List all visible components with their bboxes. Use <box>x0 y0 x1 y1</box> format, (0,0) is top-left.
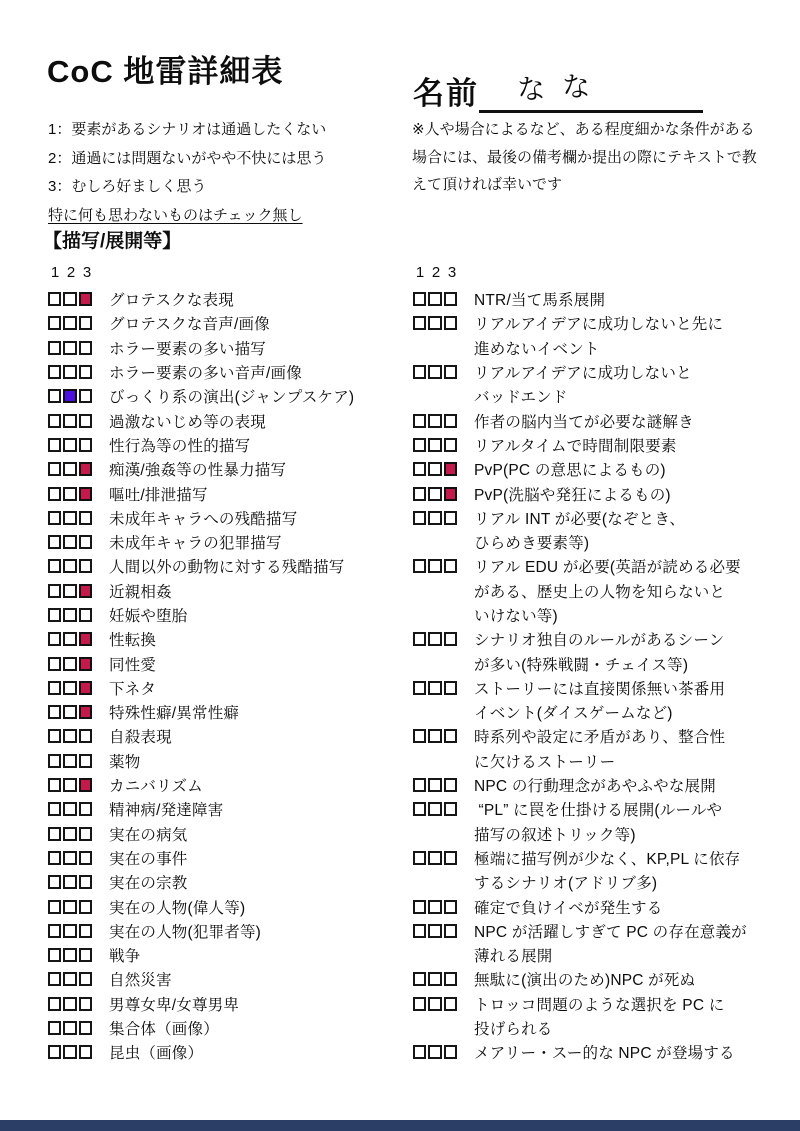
checklist-row: ホラー要素の多い描写 <box>48 336 408 360</box>
checkbox-group <box>48 389 94 403</box>
checkbox-group <box>48 729 94 743</box>
checkbox-2[interactable] <box>63 875 76 889</box>
checkbox-group <box>48 632 94 646</box>
checkbox-1[interactable] <box>48 341 61 355</box>
item-label: シナリオ独自のルールがあるシーン <box>474 628 724 650</box>
scale-header-left: 1 2 3 <box>48 264 96 281</box>
checkbox-2[interactable] <box>63 341 76 355</box>
item-label: 実在の宗教 <box>109 871 188 893</box>
checkbox-2[interactable] <box>63 316 76 330</box>
checkbox-3[interactable] <box>444 972 457 986</box>
checklist-row: 同性愛 <box>48 651 408 675</box>
note-line-3: えて頂ければ幸いです <box>412 171 757 199</box>
item-label: 近親相姦 <box>109 580 172 602</box>
checkbox-1[interactable] <box>413 292 426 306</box>
checkbox-1[interactable] <box>48 851 61 865</box>
checkbox-3[interactable] <box>79 948 92 962</box>
checkbox-2[interactable] <box>63 608 76 622</box>
item-label-continuation: ひらめき要素等) <box>474 531 589 553</box>
checkbox-2[interactable] <box>63 462 76 476</box>
checkbox-1[interactable] <box>413 1045 426 1059</box>
item-label: PvP(洗脳や発狂によるもの) <box>474 483 671 505</box>
checkbox-2[interactable] <box>428 1045 441 1059</box>
checkbox-1[interactable] <box>413 438 426 452</box>
checkbox-3[interactable] <box>444 632 457 646</box>
checkbox-group <box>48 681 94 695</box>
checkbox-3[interactable] <box>79 487 92 501</box>
checkbox-3[interactable] <box>79 778 92 792</box>
checkbox-3[interactable] <box>444 900 457 914</box>
checkbox-group <box>413 462 459 476</box>
item-label-continuation: がある、歴史上の人物を知らないと <box>474 580 725 602</box>
checkbox-group <box>48 802 94 816</box>
checklist-row: イベント(ダイスゲームなど) <box>413 700 798 724</box>
checkbox-1[interactable] <box>48 535 61 549</box>
checkbox-1[interactable] <box>48 948 61 962</box>
checkbox-2[interactable] <box>63 584 76 598</box>
checkbox-3[interactable] <box>79 535 92 549</box>
checkbox-2[interactable] <box>63 487 76 501</box>
checkbox-3[interactable] <box>79 462 92 476</box>
item-label-continuation: 薄れる展開 <box>474 944 553 966</box>
checkbox-2[interactable] <box>428 924 441 938</box>
item-label: 無駄に(演出のため)NPC が死ぬ <box>474 968 695 990</box>
checkbox-3[interactable] <box>79 559 92 573</box>
checkbox-1[interactable] <box>48 414 61 428</box>
item-label: 薬物 <box>109 750 140 772</box>
checkbox-3[interactable] <box>79 414 92 428</box>
checklist-column-left: グロテスクな表現グロテスクな音声/画像ホラー要素の多い描写ホラー要素の多い音声/… <box>48 287 408 1065</box>
checkbox-2[interactable] <box>63 657 76 671</box>
checkbox-group <box>413 802 459 816</box>
conditions-note: ※人や場合によるなど、ある程度細かな条件がある 場合には、最後の備考欄か提出の際… <box>412 116 757 199</box>
checkbox-1[interactable] <box>48 438 61 452</box>
item-label: 実在の事件 <box>109 847 188 869</box>
checkbox-1[interactable] <box>48 754 61 768</box>
checklist-row: 昆虫（画像） <box>48 1040 408 1064</box>
checkbox-1[interactable] <box>413 778 426 792</box>
checkbox-3[interactable] <box>79 900 92 914</box>
checklist-row: するシナリオ(アドリブ多) <box>413 870 798 894</box>
legend-line-2: 2：通過には問題ないがやや不快には思う <box>48 145 326 174</box>
checklist-row: 人間以外の動物に対する残酷描写 <box>48 554 408 578</box>
checklist-row: NPC が活躍しすぎて PC の存在意義が <box>413 919 798 943</box>
checkbox-group <box>48 292 94 306</box>
checkbox-group <box>48 1021 94 1035</box>
checkbox-2[interactable] <box>63 729 76 743</box>
checkbox-2[interactable] <box>428 778 441 792</box>
checkbox-group <box>48 948 94 962</box>
checklist-row: 実在の人物(偉人等) <box>48 894 408 918</box>
checkbox-3[interactable] <box>79 389 92 403</box>
checkbox-2[interactable] <box>428 414 441 428</box>
checkbox-group <box>48 827 94 841</box>
checkbox-1[interactable] <box>48 681 61 695</box>
item-label: びっくり系の演出(ジャンプスケア) <box>109 385 354 407</box>
item-label-continuation: 投げられる <box>474 1017 553 1039</box>
checkbox-2[interactable] <box>428 729 441 743</box>
checkbox-group <box>413 487 459 501</box>
checkbox-2[interactable] <box>63 948 76 962</box>
checkbox-3[interactable] <box>444 438 457 452</box>
checkbox-1[interactable] <box>48 316 61 330</box>
checkbox-2[interactable] <box>63 924 76 938</box>
checklist-row: 実在の宗教 <box>48 870 408 894</box>
checkbox-2[interactable] <box>63 900 76 914</box>
checkbox-3[interactable] <box>444 511 457 525</box>
checkbox-group <box>413 316 459 330</box>
checklist-row: PvP(PC の意思によるもの) <box>413 457 798 481</box>
legend-line-3: 3：むしろ好ましく思う <box>48 173 326 202</box>
checkbox-2[interactable] <box>63 681 76 695</box>
checkbox-3[interactable] <box>444 316 457 330</box>
checkbox-3[interactable] <box>79 681 92 695</box>
checkbox-3[interactable] <box>79 802 92 816</box>
item-label-continuation: バッドエンド <box>474 385 568 407</box>
checkbox-3[interactable] <box>79 1045 92 1059</box>
item-label: リアルアイデアに成功しないと先に <box>474 312 723 334</box>
item-label: 人間以外の動物に対する残酷描写 <box>109 555 345 577</box>
item-label: グロテスクな表現 <box>109 288 234 310</box>
checkbox-group <box>48 365 94 379</box>
checkbox-2[interactable] <box>63 511 76 525</box>
checklist-row: 薬物 <box>48 749 408 773</box>
checkbox-3[interactable] <box>444 729 457 743</box>
checklist-row: 性転換 <box>48 627 408 651</box>
checkbox-1[interactable] <box>413 414 426 428</box>
checkbox-3[interactable] <box>444 851 457 865</box>
item-label: 時系列や設定に矛盾があり、整合性 <box>474 725 725 747</box>
checkbox-2[interactable] <box>63 1021 76 1035</box>
checklist-row: 未成年キャラの犯罪描写 <box>48 530 408 554</box>
checkbox-group <box>48 584 94 598</box>
item-label: リアル EDU が必要(英語が読める必要 <box>474 555 741 577</box>
checkbox-group <box>413 729 459 743</box>
checkbox-1[interactable] <box>48 997 61 1011</box>
checkbox-2[interactable] <box>428 851 441 865</box>
item-label: 精神病/発達障害 <box>109 798 223 820</box>
checkbox-1[interactable] <box>48 1045 61 1059</box>
checkbox-2[interactable] <box>428 365 441 379</box>
checkbox-3[interactable] <box>79 875 92 889</box>
checkbox-2[interactable] <box>63 997 76 1011</box>
checklist-row: 特殊性癖/異常性癖 <box>48 700 408 724</box>
checkbox-3[interactable] <box>79 657 92 671</box>
checkbox-3[interactable] <box>79 705 92 719</box>
item-label: 過激ないじめ等の表現 <box>109 410 266 432</box>
checklist-row: リアル INT が必要(なぞとき、 <box>413 506 798 530</box>
checkbox-group <box>48 608 94 622</box>
section-title: 【描写/展開等】 <box>43 226 181 253</box>
name-input-line[interactable]: なな <box>479 64 703 113</box>
checkbox-3[interactable] <box>79 341 92 355</box>
checkbox-group <box>413 972 459 986</box>
note-line-1: ※人や場合によるなど、ある程度細かな条件がある <box>412 116 757 144</box>
checklist-row: 痴漢/強姦等の性暴力描写 <box>48 457 408 481</box>
checkbox-2[interactable] <box>428 632 441 646</box>
checklist-row: 性行為等の性的描写 <box>48 433 408 457</box>
checklist-row: 自然災害 <box>48 967 408 991</box>
item-label: 嘔吐/排泄描写 <box>109 483 208 505</box>
checklist-row: 時系列や設定に矛盾があり、整合性 <box>413 724 798 748</box>
checklist-row: PvP(洗脳や発狂によるもの) <box>413 481 798 505</box>
checkbox-group <box>413 681 459 695</box>
item-label: 痴漢/強姦等の性暴力描写 <box>109 458 286 480</box>
item-label: リアルアイデアに成功しないと <box>474 361 692 383</box>
checkbox-2[interactable] <box>63 827 76 841</box>
checkbox-2[interactable] <box>63 365 76 379</box>
checkbox-1[interactable] <box>48 900 61 914</box>
checkbox-1[interactable] <box>48 559 61 573</box>
checkbox-2[interactable] <box>63 438 76 452</box>
checkbox-1[interactable] <box>48 292 61 306</box>
item-label-continuation: 進めないイベント <box>474 337 600 359</box>
checkbox-3[interactable] <box>444 997 457 1011</box>
checkbox-2[interactable] <box>428 997 441 1011</box>
item-label: ストーリーには直接関係無い茶番用 <box>474 677 725 699</box>
item-label: グロテスクな音声/画像 <box>109 312 270 334</box>
checklist-row: リアル EDU が必要(英語が読める必要 <box>413 554 798 578</box>
checkbox-group <box>48 414 94 428</box>
checklist-row: 描写の叙述トリック等) <box>413 822 798 846</box>
checkbox-group <box>48 438 94 452</box>
item-label: 作者の脳内当てが必要な謎解き <box>474 410 694 432</box>
checkbox-2[interactable] <box>428 487 441 501</box>
checkbox-2[interactable] <box>428 462 441 476</box>
checkbox-1[interactable] <box>48 657 61 671</box>
checkbox-3[interactable] <box>444 924 457 938</box>
checkbox-1[interactable] <box>413 462 426 476</box>
checkbox-group <box>413 997 459 1011</box>
checkbox-2[interactable] <box>428 681 441 695</box>
checklist-row: ひらめき要素等) <box>413 530 798 554</box>
checkbox-3[interactable] <box>79 729 92 743</box>
checkbox-group <box>48 900 94 914</box>
checkbox-2[interactable] <box>428 900 441 914</box>
checkbox-2[interactable] <box>428 316 441 330</box>
item-label-continuation: イベント(ダイスゲームなど) <box>474 701 673 723</box>
checkbox-3[interactable] <box>79 365 92 379</box>
checkbox-1[interactable] <box>413 997 426 1011</box>
checkbox-3[interactable] <box>444 292 457 306</box>
checkbox-group <box>48 657 94 671</box>
item-label: 昆虫（画像） <box>109 1041 203 1063</box>
checkbox-group <box>413 778 459 792</box>
checkbox-3[interactable] <box>79 511 92 525</box>
item-label: 性転換 <box>109 628 156 650</box>
checkbox-1[interactable] <box>413 681 426 695</box>
checkbox-3[interactable] <box>79 827 92 841</box>
checkbox-1[interactable] <box>48 584 61 598</box>
checkbox-group <box>48 997 94 1011</box>
checkbox-group <box>413 632 459 646</box>
scale-digit-1: 1 <box>413 264 427 281</box>
item-label-continuation: が多い(特殊戦闘・チェイス等) <box>474 653 688 675</box>
checkbox-1[interactable] <box>48 608 61 622</box>
item-label: 特殊性癖/異常性癖 <box>109 701 239 723</box>
item-label: ホラー要素の多い音声/画像 <box>109 361 302 383</box>
checkbox-1[interactable] <box>413 972 426 986</box>
checkbox-1[interactable] <box>413 511 426 525</box>
checklist-row: メアリー・スー的な NPC が登場する <box>413 1040 798 1064</box>
checklist-row: 確定で負けイベが発生する <box>413 894 798 918</box>
checkbox-1[interactable] <box>413 924 426 938</box>
checkbox-3[interactable] <box>444 559 457 573</box>
checklist-row: 作者の脳内当てが必要な謎解き <box>413 408 798 432</box>
checkbox-2[interactable] <box>63 389 76 403</box>
checklist-row: 過激ないじめ等の表現 <box>48 408 408 432</box>
checkbox-3[interactable] <box>79 972 92 986</box>
checkbox-3[interactable] <box>79 924 92 938</box>
checkbox-2[interactable] <box>63 414 76 428</box>
checklist-row: 精神病/発達障害 <box>48 797 408 821</box>
checkbox-3[interactable] <box>444 462 457 476</box>
checklist-row: リアルタイムで時間制限要素 <box>413 433 798 457</box>
checkbox-1[interactable] <box>48 802 61 816</box>
item-label: リアル INT が必要(なぞとき、 <box>474 507 685 529</box>
checklist-row: ホラー要素の多い音声/画像 <box>48 360 408 384</box>
checkbox-2[interactable] <box>63 1045 76 1059</box>
checklist-row: シナリオ独自のルールがあるシーン <box>413 627 798 651</box>
checklist-row: 男尊女卑/女尊男卑 <box>48 992 408 1016</box>
checkbox-1[interactable] <box>413 487 426 501</box>
checkbox-2[interactable] <box>63 632 76 646</box>
item-label: NTR/当て馬系展開 <box>474 288 605 310</box>
checkbox-group <box>413 559 459 573</box>
checkbox-2[interactable] <box>63 972 76 986</box>
checkbox-1[interactable] <box>48 778 61 792</box>
checkbox-3[interactable] <box>79 997 92 1011</box>
item-label-continuation: するシナリオ(アドリブ多) <box>474 871 657 893</box>
checkbox-2[interactable] <box>428 559 441 573</box>
checkbox-2[interactable] <box>63 535 76 549</box>
checkbox-2[interactable] <box>63 851 76 865</box>
item-label: トロッコ問題のような選択を PC に <box>474 993 724 1015</box>
checkbox-3[interactable] <box>79 608 92 622</box>
checkbox-group <box>413 365 459 379</box>
checkbox-3[interactable] <box>79 851 92 865</box>
checkbox-3[interactable] <box>79 1021 92 1035</box>
item-label: ホラー要素の多い描写 <box>109 337 266 359</box>
checkbox-2[interactable] <box>428 972 441 986</box>
checkbox-1[interactable] <box>48 875 61 889</box>
checkbox-1[interactable] <box>48 827 61 841</box>
item-label: 性行為等の性的描写 <box>109 434 250 456</box>
checkbox-1[interactable] <box>48 389 61 403</box>
checkbox-1[interactable] <box>48 1021 61 1035</box>
checkbox-3[interactable] <box>444 487 457 501</box>
checklist-row: 投げられる <box>413 1016 798 1040</box>
checklist-row: 実在の人物(犯罪者等) <box>48 919 408 943</box>
checkbox-group <box>413 414 459 428</box>
checkbox-1[interactable] <box>413 559 426 573</box>
checkbox-2[interactable] <box>428 438 441 452</box>
checkbox-1[interactable] <box>413 632 426 646</box>
checkbox-1[interactable] <box>48 924 61 938</box>
checklist-row: がある、歴史上の人物を知らないと <box>413 579 798 603</box>
checkbox-1[interactable] <box>48 972 61 986</box>
checkbox-3[interactable] <box>79 584 92 598</box>
checkbox-3[interactable] <box>79 316 92 330</box>
checklist-row: グロテスクな音声/画像 <box>48 311 408 335</box>
checkbox-3[interactable] <box>444 802 457 816</box>
checkbox-1[interactable] <box>413 851 426 865</box>
checkbox-group <box>413 924 459 938</box>
item-label: リアルタイムで時間制限要素 <box>474 434 677 456</box>
checklist-row: 極端に描写例が少なく、KP,PL に依存 <box>413 846 798 870</box>
checkbox-2[interactable] <box>428 292 441 306</box>
checkbox-3[interactable] <box>444 365 457 379</box>
checklist-row: 近親相姦 <box>48 579 408 603</box>
checkbox-group <box>48 462 94 476</box>
checkbox-2[interactable] <box>63 292 76 306</box>
checkbox-1[interactable] <box>48 462 61 476</box>
checkbox-3[interactable] <box>444 778 457 792</box>
checkbox-1[interactable] <box>413 365 426 379</box>
checkbox-1[interactable] <box>48 729 61 743</box>
checkbox-2[interactable] <box>63 802 76 816</box>
checkbox-1[interactable] <box>48 365 61 379</box>
item-label: メアリー・スー的な NPC が登場する <box>474 1041 735 1063</box>
item-label: “PL” に罠を仕掛ける展開(ルールや <box>474 798 722 820</box>
checkbox-1[interactable] <box>48 705 61 719</box>
checkbox-group <box>48 705 94 719</box>
name-field: 名前 なな <box>413 64 703 113</box>
checkbox-2[interactable] <box>63 754 76 768</box>
checkbox-3[interactable] <box>444 1045 457 1059</box>
scale-digit-2: 2 <box>429 264 443 281</box>
item-label: 未成年キャラへの残酷描写 <box>109 507 297 529</box>
checkbox-3[interactable] <box>79 292 92 306</box>
checkbox-group <box>48 754 94 768</box>
checkbox-group <box>413 900 459 914</box>
checkbox-2[interactable] <box>63 705 76 719</box>
checkbox-3[interactable] <box>444 414 457 428</box>
item-label: 自然災害 <box>109 968 172 990</box>
checkbox-1[interactable] <box>413 802 426 816</box>
checklist-row: 自殺表現 <box>48 724 408 748</box>
checkbox-group <box>48 341 94 355</box>
item-label: PvP(PC の意思によるもの) <box>474 458 666 480</box>
checklist-column-right: NTR/当て馬系展開リアルアイデアに成功しないと先に進めないイベントリアルアイデ… <box>413 287 798 1065</box>
checklist-row: 薄れる展開 <box>413 943 798 967</box>
checklist-row: 妊娠や堕胎 <box>48 603 408 627</box>
checkbox-3[interactable] <box>444 681 457 695</box>
checkbox-1[interactable] <box>48 511 61 525</box>
checkbox-2[interactable] <box>63 778 76 792</box>
checkbox-1[interactable] <box>48 632 61 646</box>
checklist-row: グロテスクな表現 <box>48 287 408 311</box>
checkbox-3[interactable] <box>79 438 92 452</box>
checkbox-2[interactable] <box>63 559 76 573</box>
checkbox-3[interactable] <box>79 754 92 768</box>
item-label: 実在の人物(偉人等) <box>109 896 245 918</box>
checkbox-group <box>413 511 459 525</box>
checkbox-1[interactable] <box>413 729 426 743</box>
checklist-row: NTR/当て馬系展開 <box>413 287 798 311</box>
checkbox-2[interactable] <box>428 511 441 525</box>
checklist-row: 実在の病気 <box>48 822 408 846</box>
checkbox-group <box>413 438 459 452</box>
checklist-row: いけない等) <box>413 603 798 627</box>
checklist-row: リアルアイデアに成功しないと先に <box>413 311 798 335</box>
checkbox-1[interactable] <box>48 487 61 501</box>
checkbox-1[interactable] <box>413 316 426 330</box>
checkbox-3[interactable] <box>79 632 92 646</box>
item-label: NPC が活躍しすぎて PC の存在意義が <box>474 920 747 942</box>
checkbox-1[interactable] <box>413 900 426 914</box>
checkbox-2[interactable] <box>428 802 441 816</box>
